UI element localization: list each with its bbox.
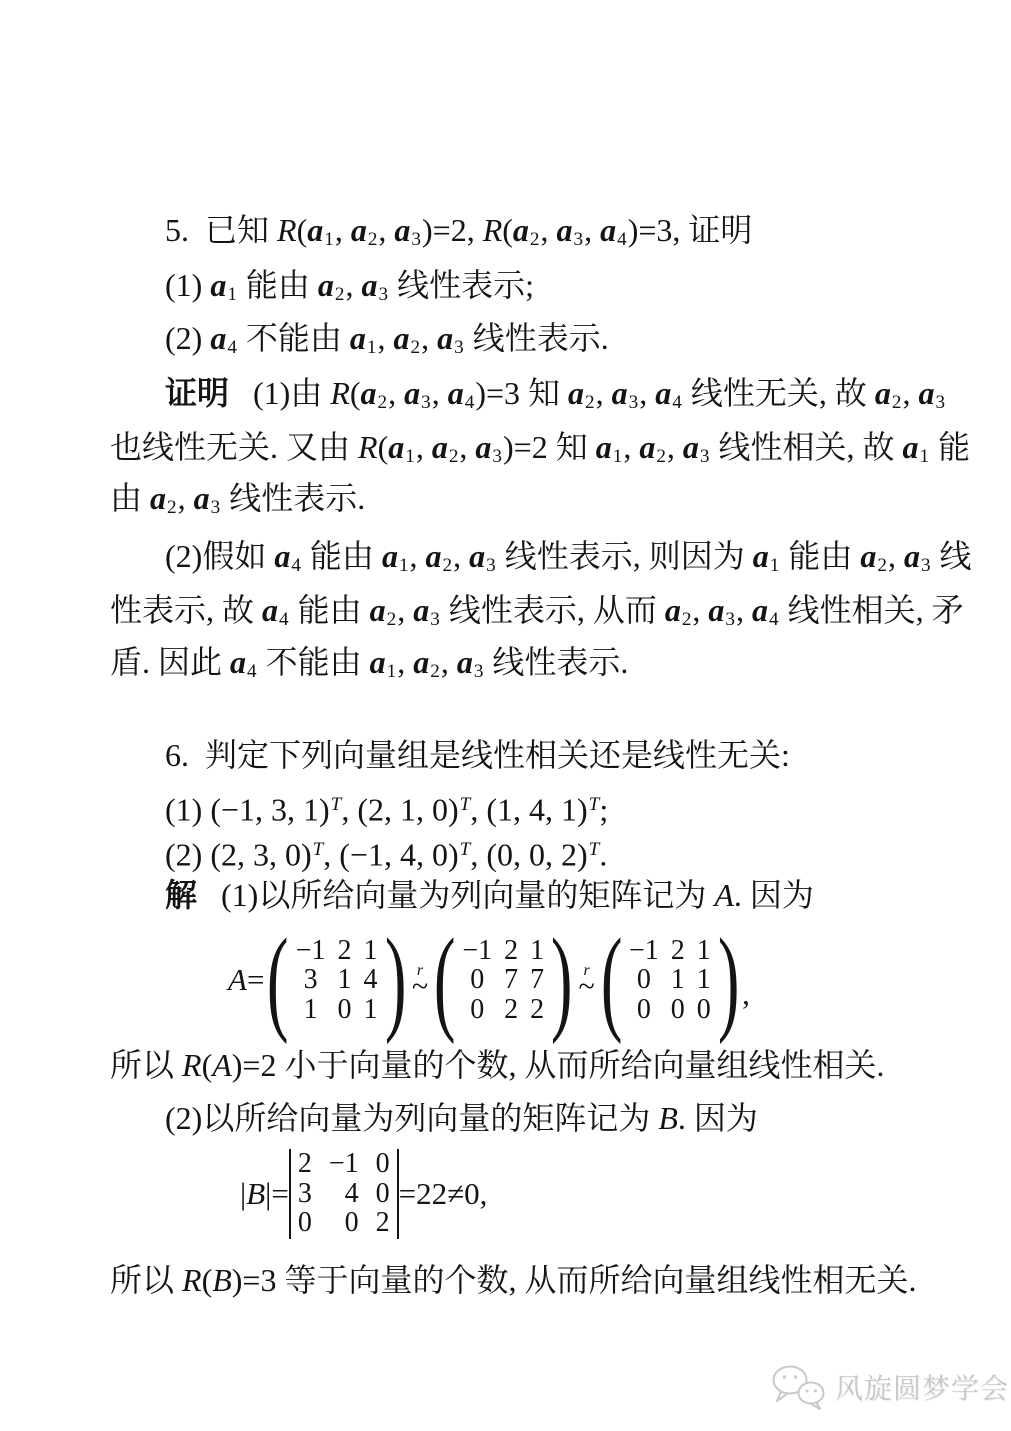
problem5-part2: (2) a4 不能由 a1, a2, a3 线性表示.: [165, 316, 609, 360]
problem6-heading: 6. 判定下列向量组是线性相关还是线性无关:: [165, 733, 790, 777]
row-equivalence-symbol: r ~: [412, 964, 428, 997]
matrix-cell: 0: [470, 995, 484, 1025]
matrix-cell: 1: [671, 965, 685, 995]
matrix-grid: −121011000: [625, 936, 715, 1025]
problem6-conclusion-1: 所以 R(A)=2 小于向量的个数, 从而所给向量组线性相关.: [110, 1043, 884, 1087]
matrix-equation: A= ( −121314101 ) r ~ ( −121077022 ) r ~…: [228, 930, 750, 1030]
right-paren: ): [551, 934, 573, 1026]
determinant-B: 2−10340002: [289, 1149, 399, 1239]
matrix-cell: 1: [697, 965, 711, 995]
matrix-cell: 3: [304, 965, 318, 995]
matrix-cell: 2: [530, 995, 544, 1025]
left-paren: (: [601, 934, 623, 1026]
problem6-solution-intro: 解 (1)以所给向量为列向量的矩阵记为 A. 因为: [165, 873, 814, 917]
matrix-cell: 4: [345, 1179, 359, 1209]
matrix-cell: 7: [504, 965, 518, 995]
matrix-cell: 2: [504, 936, 518, 966]
problem5-proof-line-1: 证明 (1)由 R(a2, a3, a4)=3 知 a2, a3, a4 线性无…: [165, 371, 946, 415]
problem5-proof-line-2: 也线性无关. 又由 R(a1, a2, a3)=2 知 a1, a2, a3 线…: [110, 425, 970, 469]
matrix-cell: 0: [345, 1208, 359, 1238]
matrix-cell: 0: [671, 995, 685, 1025]
matrix-cell: 1: [530, 936, 544, 966]
left-paren: (: [267, 934, 289, 1026]
row-equivalence-symbol: r ~: [578, 964, 594, 997]
matrix-cell: 1: [364, 995, 378, 1025]
matrix-equation-lhs: A=: [228, 962, 264, 998]
det-bar-left: [289, 1149, 291, 1239]
matrix-grid: −121314101: [292, 936, 382, 1025]
right-paren: ): [384, 934, 406, 1026]
determinant-result: =22≠0,: [399, 1176, 488, 1212]
matrix-A-step1: ( −121077022 ): [431, 934, 575, 1026]
matrix-cell: −1: [296, 936, 326, 966]
wechat-icon: [770, 1364, 826, 1410]
matrix-cell: 3: [298, 1179, 312, 1209]
matrix-grid: −121077022: [458, 936, 548, 1025]
matrix-cell: 4: [364, 965, 378, 995]
problem5-heading: 5. 已知 R(a1, a2, a3)=2, R(a2, a3, a4)=3, …: [165, 208, 752, 252]
determinant-equation: |B|= 2−10340002 =22≠0,: [240, 1146, 487, 1241]
matrix-cell: −1: [629, 936, 659, 966]
left-paren: (: [434, 934, 456, 1026]
matrix-cell: 2: [338, 936, 352, 966]
matrix-cell: −1: [329, 1149, 359, 1179]
problem5-proof-line-6: 盾. 因此 a4 不能由 a1, a2, a3 线性表示.: [110, 640, 628, 684]
matrix-cell: 1: [338, 965, 352, 995]
matrix-cell: −1: [462, 936, 492, 966]
problem6-conclusion-2: 所以 R(B)=3 等于向量的个数, 从而所给向量组线性相无关.: [110, 1258, 916, 1302]
determinant-lhs: |B|=: [240, 1176, 289, 1212]
matrix-A-original: ( −121314101 ): [264, 934, 408, 1026]
matrix-cell: 2: [504, 995, 518, 1025]
matrix-cell: 1: [697, 936, 711, 966]
problem6-part2-intro: (2)以所给向量为列向量的矩阵记为 B. 因为: [165, 1096, 758, 1140]
matrix-cell: 0: [697, 995, 711, 1025]
problem6-vectors-1: (1) (−1, 3, 1)T, (2, 1, 0)T, (1, 4, 1)T;: [165, 783, 608, 827]
matrix-cell: 7: [530, 965, 544, 995]
problem5-proof-line-4: (2)假如 a4 能由 a1, a2, a3 线性表示, 则因为 a1 能由 a…: [165, 534, 972, 578]
matrix-cell: 0: [637, 965, 651, 995]
watermark-text: 风旋圆梦学会: [835, 1367, 1009, 1407]
problem6-vectors-2: (2) (2, 3, 0)T, (−1, 4, 0)T, (0, 0, 2)T.: [165, 828, 607, 872]
matrix-cell: 0: [637, 995, 651, 1025]
matrix-cell: 2: [376, 1208, 390, 1238]
matrix-cell: 0: [376, 1179, 390, 1209]
matrix-cell: 2: [298, 1149, 312, 1179]
right-paren: ): [718, 934, 740, 1026]
matrix-cell: 0: [376, 1149, 390, 1179]
matrix-cell: 0: [338, 995, 352, 1025]
matrix-cell: 1: [364, 936, 378, 966]
matrix-A-reduced: ( −121011000 ): [598, 934, 742, 1026]
footer-watermark: 风旋圆梦学会: [770, 1364, 1009, 1410]
document-page: 5. 已知 R(a1, a2, a3)=2, R(a2, a3, a4)=3, …: [0, 0, 1011, 1431]
determinant-grid: 2−10340002: [298, 1149, 390, 1238]
equation-trailing-comma: ,: [742, 976, 750, 1012]
matrix-cell: 0: [298, 1208, 312, 1238]
matrix-cell: 0: [470, 965, 484, 995]
matrix-cell: 2: [671, 936, 685, 966]
problem5-proof-line-5: 性表示, 故 a4 能由 a2, a3 线性表示, 从而 a2, a3, a4 …: [110, 588, 964, 632]
problem5-part1: (1) a1 能由 a2, a3 线性表示;: [165, 263, 534, 307]
matrix-cell: 1: [304, 995, 318, 1025]
problem5-proof-line-3: 由 a2, a3 线性表示.: [110, 476, 365, 520]
